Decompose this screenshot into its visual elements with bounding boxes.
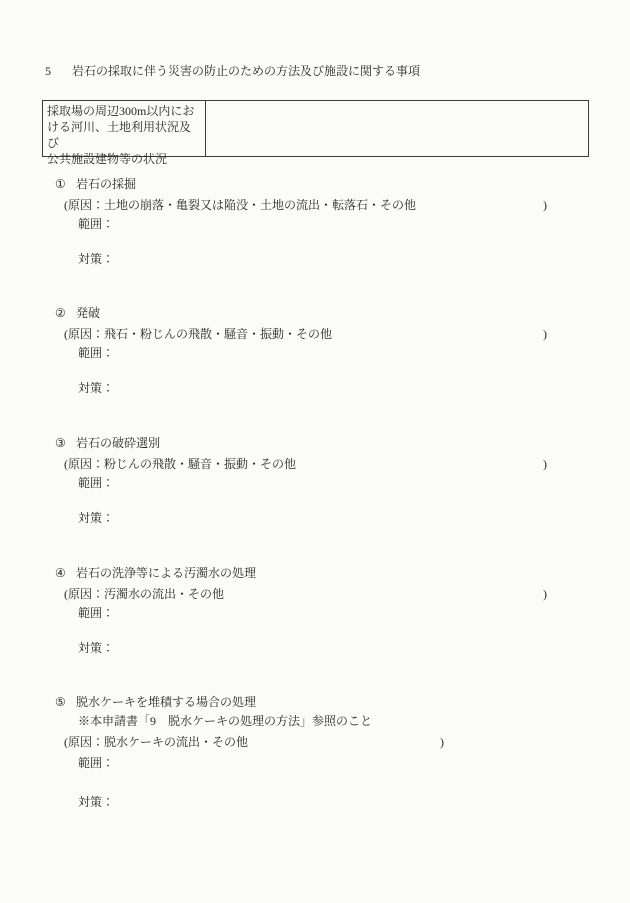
section-washing-wastewater: ④ 岩石の洗浄等による汚濁水の処理 (原因：汚濁水の流出・その他 ) 範囲： 対… bbox=[0, 566, 630, 696]
section-title: 岩石の破砕選別 bbox=[76, 436, 160, 450]
range-label: 範囲： bbox=[78, 756, 114, 770]
section-title: 岩石の採掘 bbox=[76, 177, 136, 191]
measure-label: 対策： bbox=[78, 511, 114, 525]
cause-close-paren: ) bbox=[440, 735, 444, 749]
surroundings-label-cell: 採取場の周辺300m以内にお ける河川、土地利用状況及び 公共施設建物等の状況 bbox=[43, 101, 206, 156]
page-title: 岩石の採取に伴う災害の防止のための方法及び施設に関する事項 bbox=[72, 64, 420, 78]
surroundings-value-cell bbox=[206, 101, 588, 156]
cause-close-paren: ) bbox=[543, 457, 547, 471]
surroundings-table: 採取場の周辺300m以内にお ける河川、土地利用状況及び 公共施設建物等の状況 bbox=[42, 100, 589, 157]
section-blasting: ② 発破 (原因：飛石・粉じんの飛散・騒音・振動・その他 ) 範囲： 対策： bbox=[0, 306, 630, 436]
section-number: ⑤ bbox=[55, 695, 66, 709]
cause-close-paren: ) bbox=[543, 198, 547, 212]
range-label: 範囲： bbox=[78, 606, 114, 620]
section-crushing-sorting: ③ 岩石の破砕選別 (原因：粉じんの飛散・騒音・振動・その他 ) 範囲： 対策： bbox=[0, 436, 630, 566]
range-label: 範囲： bbox=[78, 346, 114, 360]
measure-label: 対策： bbox=[78, 381, 114, 395]
section-number: ① bbox=[55, 177, 66, 191]
reference-note: ※本申請書「9 脱水ケーキの処理の方法」参照のこと bbox=[78, 714, 372, 728]
cause-line: (原因：汚濁水の流出・その他 bbox=[64, 587, 224, 601]
cause-close-paren: ) bbox=[543, 587, 547, 601]
measure-label: 対策： bbox=[78, 641, 114, 655]
section-title: 脱水ケーキを堆積する場合の処理 bbox=[76, 695, 256, 709]
cause-line: (原因：脱水ケーキの流出・その他 bbox=[64, 735, 248, 749]
section-dewatered-cake: ⑤ 脱水ケーキを堆積する場合の処理 ※本申請書「9 脱水ケーキの処理の方法」参照… bbox=[0, 695, 630, 825]
range-label: 範囲： bbox=[78, 217, 114, 231]
section-number: ② bbox=[55, 306, 66, 320]
range-label: 範囲： bbox=[78, 476, 114, 490]
document-page: 5 岩石の採取に伴う災害の防止のための方法及び施設に関する事項 採取場の周辺30… bbox=[0, 0, 630, 903]
section-rock-excavation: ① 岩石の採掘 (原因：土地の崩落・亀裂又は陥没・土地の流出・転落石・その他 )… bbox=[0, 177, 630, 307]
section-title: 発破 bbox=[76, 306, 100, 320]
cause-line: (原因：土地の崩落・亀裂又は陥没・土地の流出・転落石・その他 bbox=[64, 198, 416, 212]
page-title-number: 5 bbox=[45, 64, 51, 78]
cause-close-paren: ) bbox=[543, 327, 547, 341]
section-number: ④ bbox=[55, 566, 66, 580]
measure-label: 対策： bbox=[78, 795, 114, 809]
measure-label: 対策： bbox=[78, 252, 114, 266]
section-title: 岩石の洗浄等による汚濁水の処理 bbox=[76, 566, 256, 580]
cause-line: (原因：粉じんの飛散・騒音・振動・その他 bbox=[64, 457, 296, 471]
section-number: ③ bbox=[55, 436, 66, 450]
cause-line: (原因：飛石・粉じんの飛散・騒音・振動・その他 bbox=[64, 327, 332, 341]
